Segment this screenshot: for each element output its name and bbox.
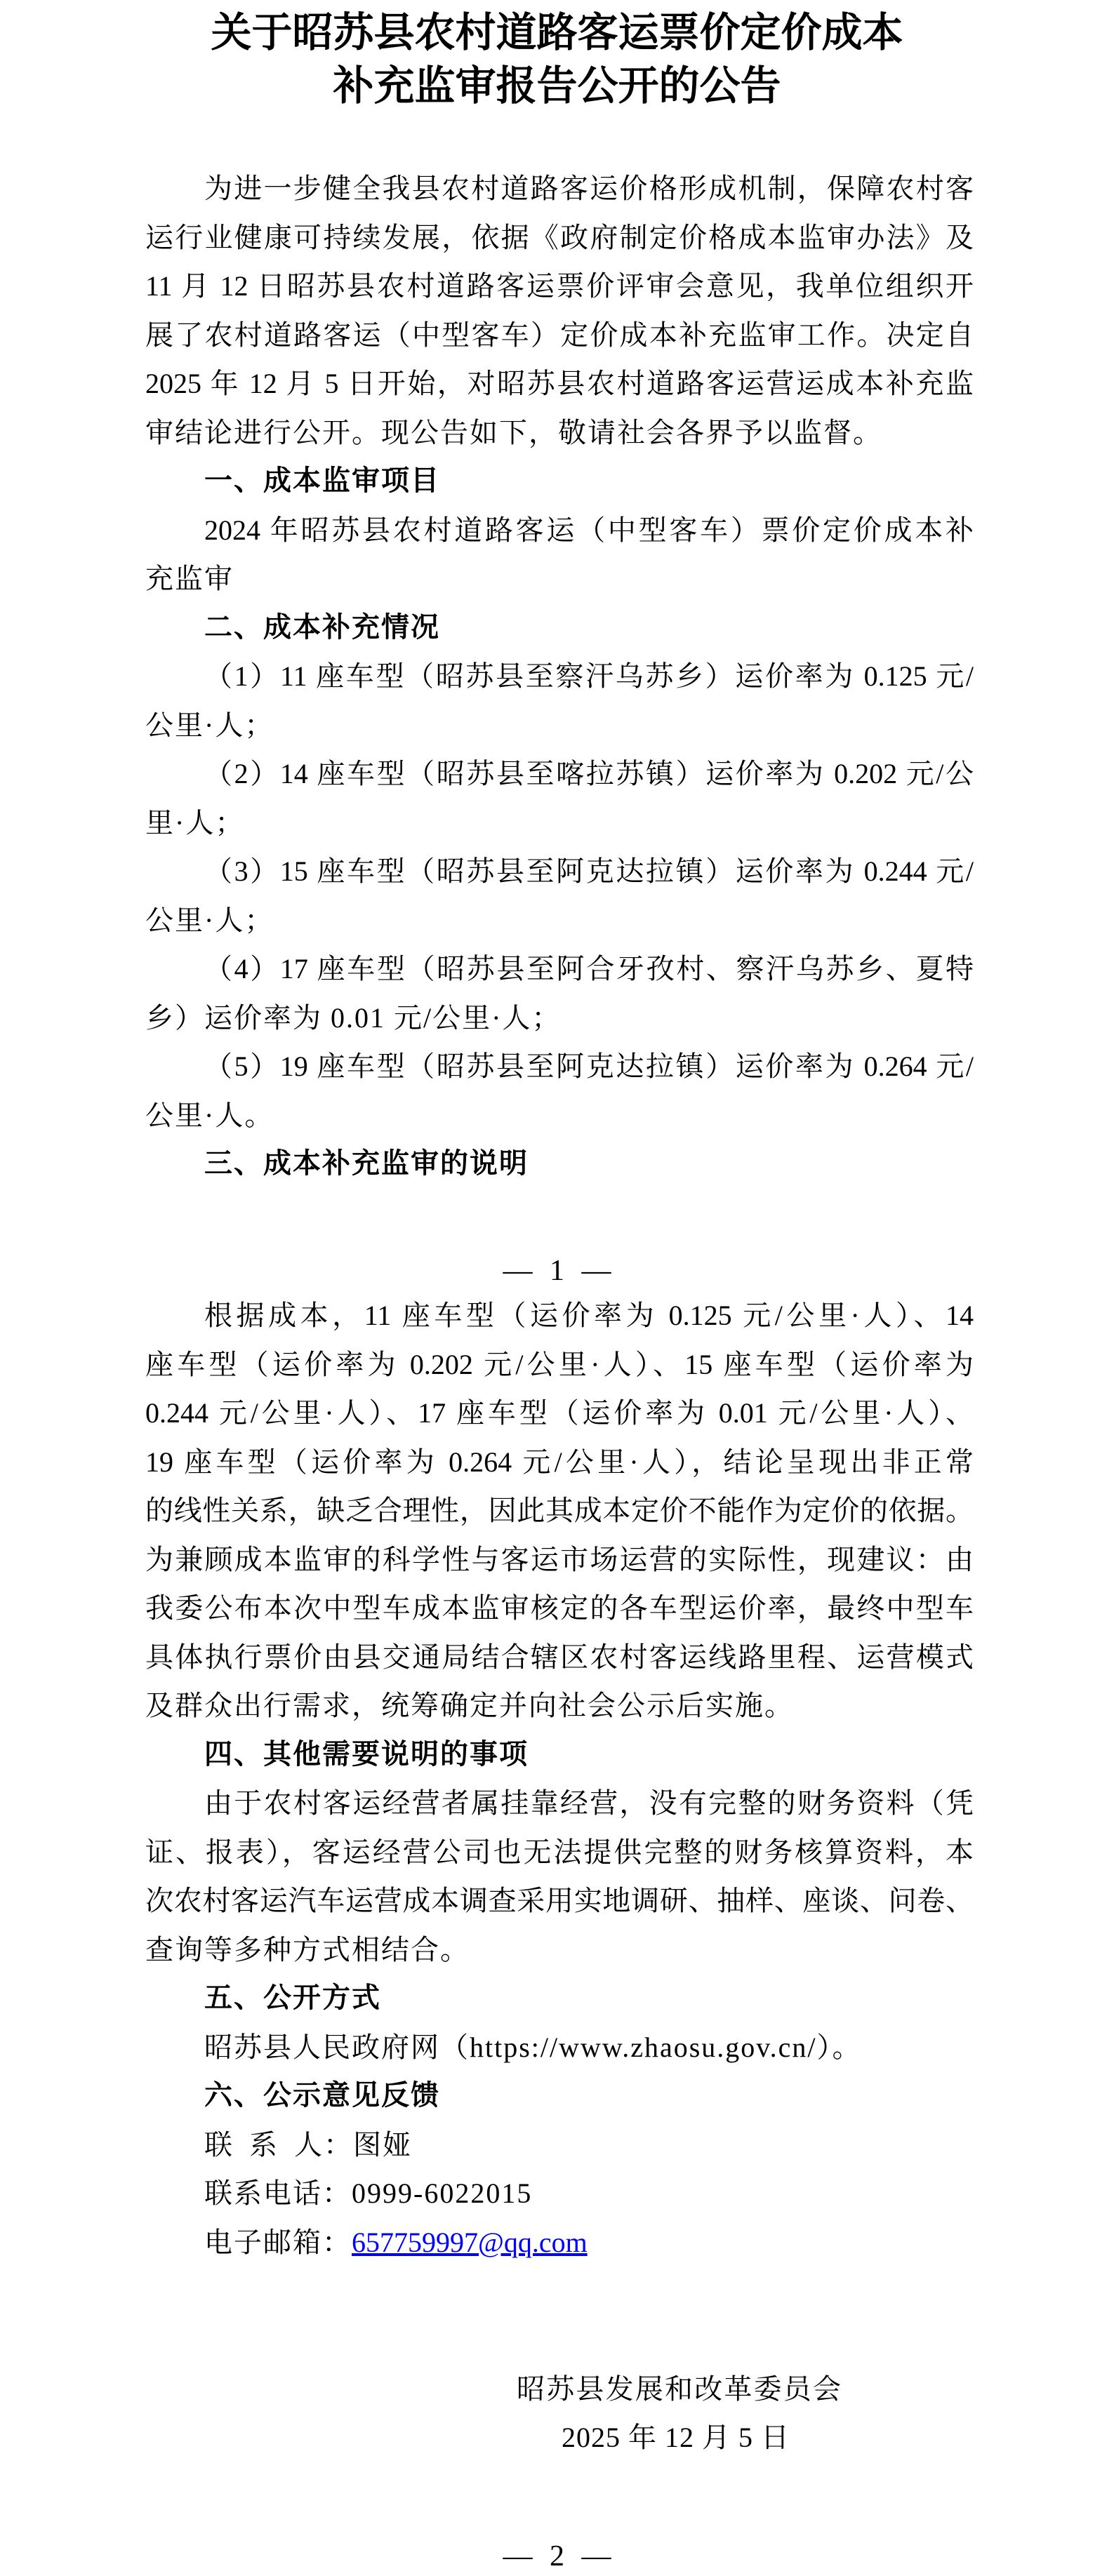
page-1-body: 为进一步健全我县农村道路客运价格形成机制，保障农村客 运行业健康可持续发展，依据… (145, 164, 974, 1189)
section-heading-1: 一、成本监审项目 (145, 457, 974, 506)
rate-item-line: 乡）运价率为 0.01 元/公里·人； (145, 994, 974, 1043)
section-heading-3: 三、成本补充监审的说明 (145, 1140, 974, 1189)
section-line: 由于农村客运经营者属挂靠经营，没有完整的财务资料（凭 (145, 1779, 974, 1828)
intro-line: 运行业健康可持续发展，依据《政府制定价格成本监审办法》及 (145, 213, 974, 262)
signature-org: 昭苏县发展和改革委员会 (517, 2365, 842, 2414)
intro-line: 展了农村道路客运（中型客车）定价成本补充监审工作。决定自 (145, 311, 974, 360)
section-heading-6: 六、公示意见反馈 (145, 2071, 974, 2121)
rate-item-line: （3）15 座车型（昭苏县至阿克达拉镇）运价率为 0.244 元/ (145, 847, 974, 896)
intro-line: 审结论进行公开。现公告如下，敬请社会各界予以监督。 (145, 408, 974, 458)
page-number-2: — 2 — (0, 2532, 1114, 2576)
rate-item-line: （1）11 座车型（昭苏县至察汗乌苏乡）运价率为 0.125 元/ (145, 652, 974, 701)
intro-line: 2025 年 12 月 5 日开始，对昭苏县农村道路客运营运成本补充监 (145, 359, 974, 408)
section-line: 及群众出行需求，统筹确定并向社会公示后实施。 (145, 1681, 974, 1730)
page-number-1: — 1 — (0, 1247, 1114, 1296)
section-line: 0.244 元/公里·人）、17 座车型（运价率为 0.01 元/公里·人）、 (145, 1389, 974, 1438)
section-line: 2024 年昭苏县农村道路客运（中型客车）票价定价成本补 (145, 506, 974, 555)
section-line: 具体执行票价由县交通局结合辖区农村客运线路里程、运营模式 (145, 1633, 974, 1682)
section-heading-5: 五、公开方式 (145, 1974, 974, 2023)
section-line: 根据成本，11 座车型（运价率为 0.125 元/公里·人）、14 (145, 1291, 974, 1340)
website-line: 昭苏县人民政府网（https://www.zhaosu.gov.cn/）。 (145, 2023, 974, 2072)
rate-item-line: （2）14 座车型（昭苏县至喀拉苏镇）运价率为 0.202 元/公 (145, 749, 974, 799)
document-page: 关于昭苏县农村道路客运票价定价成本 补充监审报告公开的公告 为进一步健全我县农村… (0, 0, 1114, 2576)
contact-label: 联系电话： (204, 2177, 352, 2209)
contact-phone-value: 0999-6022015 (352, 2177, 532, 2209)
rate-item-line: 里·人； (145, 799, 974, 848)
contact-label: 联 系 人： (204, 2129, 353, 2161)
section-line: 为兼顾成本监审的科学性与客运市场运营的实际性，现建议：由 (145, 1535, 974, 1584)
rate-item-line: 公里·人； (145, 701, 974, 750)
rate-item-line: 公里·人。 (145, 1091, 974, 1140)
contact-line-person: 联 系 人：图娅 (145, 2121, 974, 2170)
intro-line: 11 月 12 日昭苏县农村道路客运票价评审会意见，我单位组织开 (145, 262, 974, 311)
section-line: 座车型（运价率为 0.202 元/公里·人）、15 座车型（运价率为 (145, 1340, 974, 1389)
section-line: 次农村客运汽车运营成本调查采用实地调研、抽样、座谈、问卷、 (145, 1876, 974, 1926)
section-line: 证、报表），客运经营公司也无法提供完整的财务核算资料，本 (145, 1828, 974, 1877)
contact-line-phone: 联系电话：0999-6022015 (145, 2169, 974, 2218)
section-line: 19 座车型（运价率为 0.264 元/公里·人），结论呈现出非正常 (145, 1438, 974, 1487)
section-line: 充监审 (145, 554, 974, 603)
section-heading-2: 二、成本补充情况 (145, 603, 974, 653)
contact-line-email: 电子邮箱：657759997@qq.com (145, 2218, 974, 2267)
page-2-body: 根据成本，11 座车型（运价率为 0.125 元/公里·人）、14 座车型（运价… (145, 1291, 974, 2267)
section-line: 查询等多种方式相结合。 (145, 1926, 974, 1975)
section-line: 我委公布本次中型车成本监审核定的各车型运价率，最终中型车 (145, 1584, 974, 1633)
section-heading-4: 四、其他需要说明的事项 (145, 1730, 974, 1780)
email-link[interactable]: 657759997@qq.com (352, 2227, 588, 2258)
contact-person-value: 图娅 (353, 2129, 412, 2161)
section-line: 的线性关系，缺乏合理性，因此其成本定价不能作为定价的依据。 (145, 1486, 974, 1535)
contact-label: 电子邮箱： (204, 2227, 352, 2258)
title-line-2: 补充监审报告公开的公告 (0, 59, 1114, 112)
title-line-1: 关于昭苏县农村道路客运票价定价成本 (0, 6, 1114, 59)
rate-item-line: （4）17 座车型（昭苏县至阿合牙孜村、察汗乌苏乡、夏特 (145, 945, 974, 994)
rate-item-line: （5）19 座车型（昭苏县至阿克达拉镇）运价率为 0.264 元/ (145, 1042, 974, 1091)
signature-date: 2025 年 12 月 5 日 (562, 2413, 790, 2462)
document-title: 关于昭苏县农村道路客运票价定价成本 补充监审报告公开的公告 (0, 6, 1114, 112)
rate-item-line: 公里·人； (145, 896, 974, 945)
intro-line: 为进一步健全我县农村道路客运价格形成机制，保障农村客 (145, 164, 974, 213)
